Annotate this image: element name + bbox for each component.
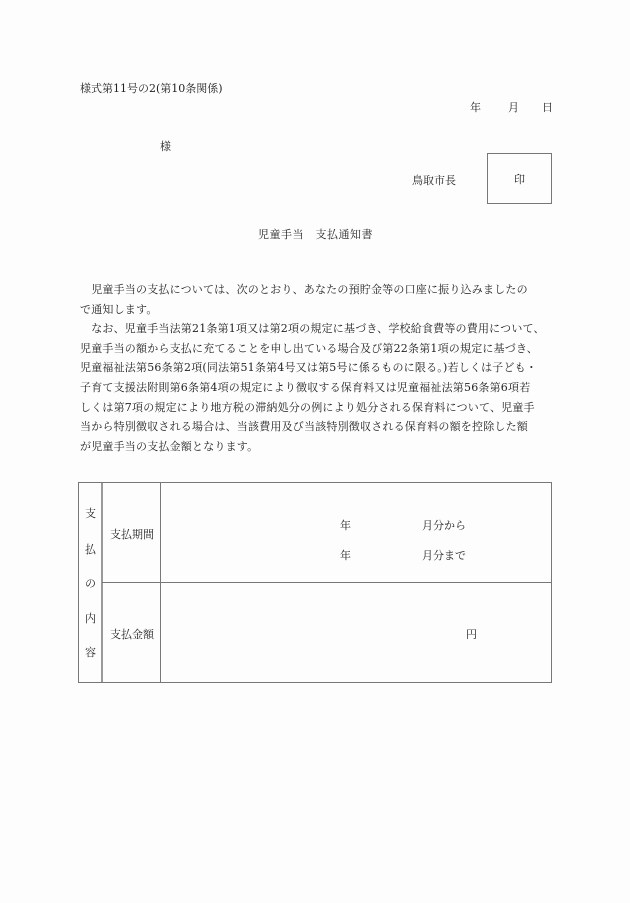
section-label-char: 支 [85,505,96,521]
form-number: 様式第11号の2(第10条関係) [80,80,223,96]
seal-box: 印 [487,153,552,204]
body-line: 児童手当の額から支払に充てることを申し出ている場合及び第22条第1項の規定に基づ… [80,339,552,359]
body-line: なお、児童手当法第21条第1項又は第2項の規定に基づき、学校給食費等の費用につい… [80,319,552,339]
body-line: しくは第7項の規定により地方税の滞納処分の例により処分される保育料について、児童… [80,398,552,418]
section-label-char: 容 [85,644,96,660]
period-from-month: 月分から [422,517,466,533]
body-line: 当から特別徴収される場合は、当該費用及び当該特別徴収される保育料の額を控除した額 [80,417,552,437]
date-year: 年 [470,99,508,115]
date-month: 月 [508,99,542,115]
issuer-name: 鳥取市長 [412,172,456,188]
row-divider [102,582,551,583]
section-label-char: 内 [85,610,96,626]
date-day: 日 [542,99,553,115]
body-line: で通知します。 [80,300,552,320]
body-line: 児童福祉法第56条第2項(同法第51条第4号又は第5号に係るものに限る。)若しく… [80,358,552,378]
amount-unit: 円 [466,626,477,642]
section-label-char: の [85,575,96,591]
payment-details-table: 支 払 の 内 容 支払期間 年 月分から 年 月分まで 支払金額 円 [78,482,552,683]
body-line: 児童手当の支払については、次のとおり、あなたの預貯金等の口座に振り込みましたの [80,280,552,300]
seal-label: 印 [514,171,525,187]
addressee-suffix: 様 [160,138,171,154]
document-title: 児童手当 支払通知書 [258,226,373,242]
body-line: 子育て支援法附則第6条第4項の規定により徴収する保育料又は児童福祉法第56条第6… [80,378,552,398]
period-label: 支払期間 [110,526,154,542]
notice-body: 児童手当の支払については、次のとおり、あなたの預貯金等の口座に振り込みましたの … [80,280,552,456]
period-from-year: 年 [340,517,351,533]
section-label-char: 払 [85,541,96,557]
amount-label: 支払金額 [110,626,154,642]
period-to-month: 月分まで [422,547,466,563]
body-line: が児童手当の支払金額となります。 [80,437,552,457]
issue-date: 年月日 [470,99,553,115]
period-to-year: 年 [340,547,351,563]
section-label-column: 支 払 の 内 容 [79,483,103,682]
